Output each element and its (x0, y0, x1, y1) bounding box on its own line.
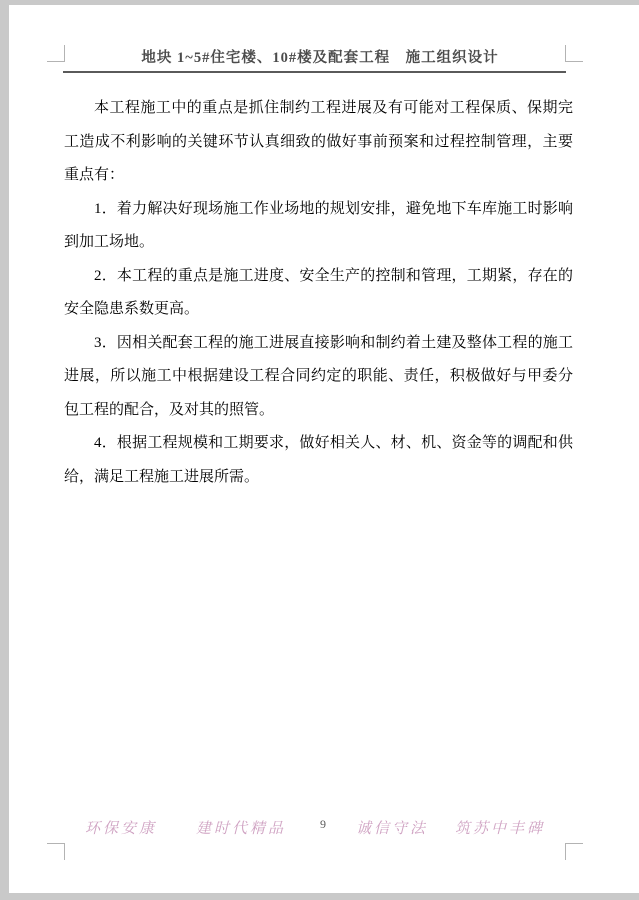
canvas-edge-top (0, 0, 639, 5)
paragraph-item-1: 1．着力解决好现场施工作业场地的规划安排，避免地下车库施工时影响到加工场地。 (64, 193, 573, 260)
document-page: 地块 1~5#住宅楼、10#楼及配套工程 施工组织设计 本工程施工中的重点是抓住… (0, 0, 639, 900)
footer-slogan-1: 环保安康 (85, 817, 157, 838)
crop-mark-top-left (47, 45, 65, 62)
crop-mark-bottom-right (565, 843, 583, 860)
footer-slogan-2: 建时代精品 (196, 817, 286, 838)
document-body: 本工程施工中的重点是抓住制约工程进展及有可能对工程保质、保期完工造成不利影响的关… (64, 92, 573, 494)
canvas-edge-left (0, 0, 9, 900)
paragraph-item-3: 3．因相关配套工程的施工进展直接影响和制约着土建及整体工程的施工进展，所以施工中… (64, 327, 573, 428)
crop-mark-bottom-left (47, 843, 65, 860)
paragraph-item-4: 4．根据工程规模和工期要求，做好相关人、材、机、资金等的调配和供给，满足工程施工… (64, 427, 573, 494)
footer-slogan-4: 筑苏中丰碑 (455, 817, 545, 838)
page-number: 9 (320, 817, 326, 832)
crop-mark-top-right (565, 45, 583, 62)
header-rule (63, 71, 566, 73)
paragraph-intro: 本工程施工中的重点是抓住制约工程进展及有可能对工程保质、保期完工造成不利影响的关… (64, 92, 573, 193)
page-header-title: 地块 1~5#住宅楼、10#楼及配套工程 施工组织设计 (9, 46, 631, 67)
paragraph-item-2: 2．本工程的重点是施工进度、安全生产的控制和管理，工期紧，存在的安全隐患系数更高… (64, 260, 573, 327)
footer-slogan-3: 诚信守法 (356, 817, 428, 838)
canvas-edge-bottom (0, 893, 639, 900)
